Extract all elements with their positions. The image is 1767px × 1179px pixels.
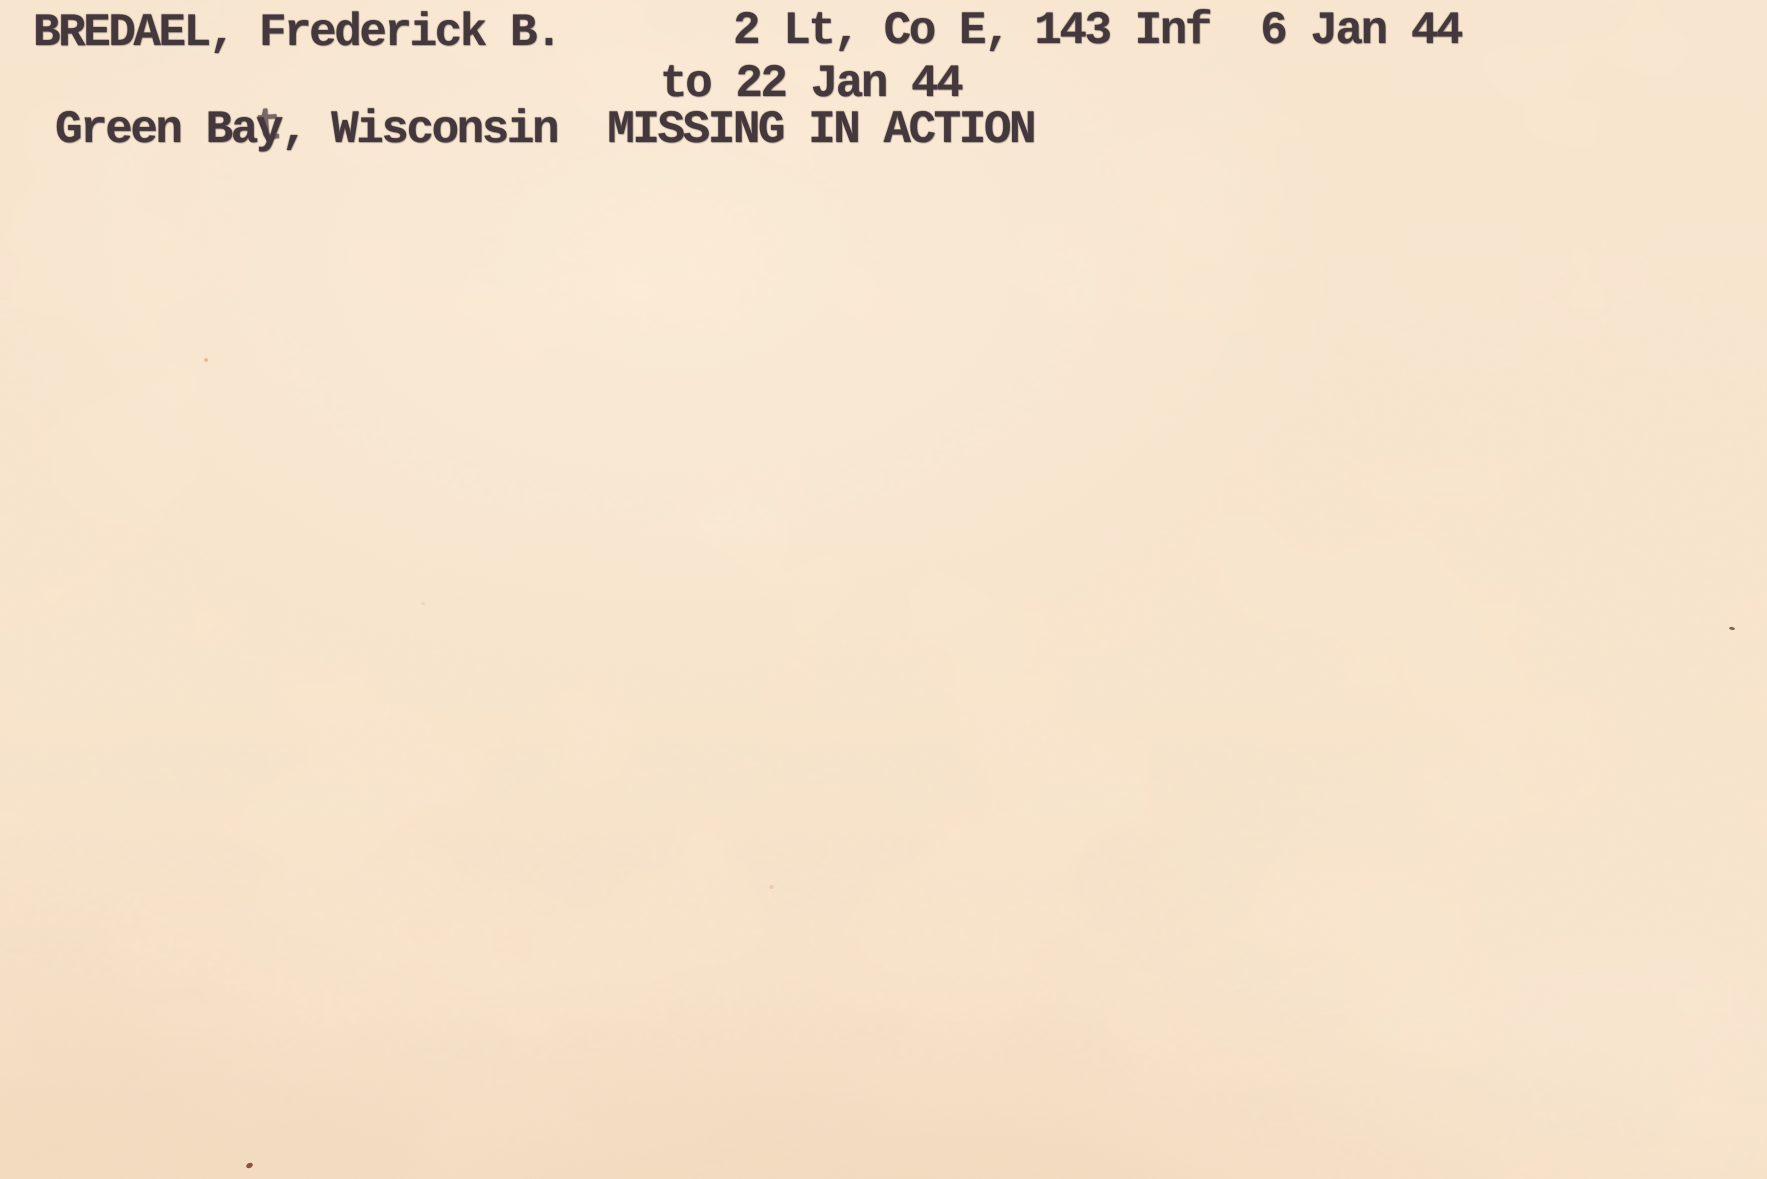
residence-status-line: Green Bay, Wisconsin MISSING IN ACTION	[55, 107, 1034, 153]
service-unit-date-line: 2 Lt, Co E, 143 Inf 6 Jan 44	[733, 8, 1461, 54]
overstrike-artifact: t	[253, 103, 281, 151]
paper-speck	[245, 1162, 253, 1169]
soldier-name-line: BREDAEL, Frederick B.	[33, 10, 560, 56]
date-continuation-line: to 22 Jan 44	[660, 61, 961, 107]
paper-speck	[769, 885, 774, 889]
paper-speck	[204, 358, 208, 362]
paper-speck	[421, 602, 425, 605]
paper-texture	[0, 0, 1767, 1179]
scanned-index-card: BREDAEL, Frederick B. 2 Lt, Co E, 143 In…	[0, 0, 1767, 1179]
paper-speck	[1729, 627, 1735, 631]
